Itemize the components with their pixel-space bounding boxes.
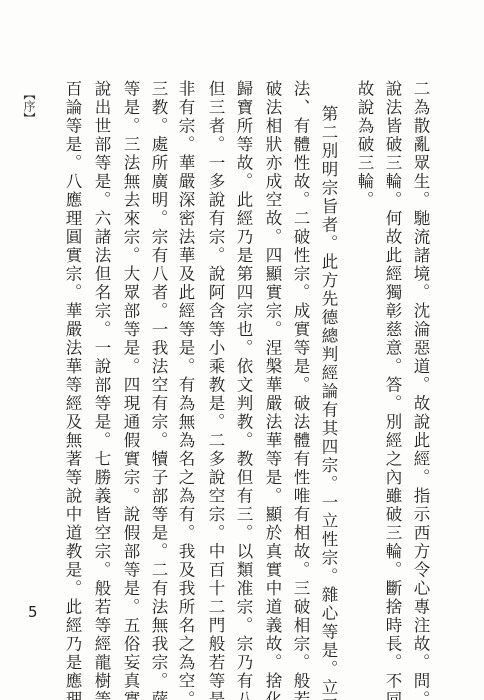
text-column-6: 破法相狀亦成空故。四顯實宗。涅槃華嚴法華等是。顯於真實中道義故。捨化城而	[261, 80, 283, 640]
text-column-9: 非有宗。華嚴深密法華及此經等是。有為無為名之為有。我及我所名之為空。此等	[174, 80, 196, 640]
text-column-8: 但三者。一多說有宗。說阿含等小乘教是。二多說空宗。中百十二門般若等是。三	[204, 80, 226, 640]
page-number: 5	[28, 603, 38, 621]
text-column-10: 三教。處所廣明。宗有八者。一我法空有宗。犢子部等是。二有法無我宗。薩婆多	[147, 80, 169, 640]
text-column-13: 百論等是。八應理圓實宗。華嚴法華等經及無著等說中道教是。此經乃是應理圓實	[61, 80, 83, 640]
section-label: 【序】	[22, 88, 36, 124]
text-column-12: 說出世部等是。六諸法但名宗。一說部等是。七勝義皆空宗。般若等經龍樹等說中	[90, 80, 112, 640]
text-column-5: 法、有體性故。二破性宗。成實等是。破法體有性唯有相故。三破相宗。般若等是。	[289, 80, 311, 640]
text-column-1: 二為散亂眾生。馳流諸境。沈淪惡道。故說此經。指示西方令心專注故。問。處處	[409, 80, 431, 640]
text-column-3: 故說為破三輪。	[353, 80, 375, 640]
text-column-7: 歸寶所等故。此經乃是第四宗也。依文判教。教但有三。以類准宗。宗乃有八。教	[232, 80, 254, 640]
text-column-4: 第二別明宗旨者。此方先德總判經論有其四宗。一立性宗。雜心等是。立五聚	[317, 105, 339, 665]
book-page: 二為散亂眾生。馳流諸境。沈淪惡道。故說此經。指示西方令心專注故。問。處處 說法皆…	[0, 0, 484, 700]
text-column-11: 等是。三法無去來宗。大眾部等是。四現通假實宗。說假部等是。五俗妄真實宗。	[119, 80, 141, 640]
text-column-2: 說法皆破三輪。何故此經獨彰慈意。答。別經之內雖破三輪。斷捨時長。不同此典。	[381, 80, 403, 640]
